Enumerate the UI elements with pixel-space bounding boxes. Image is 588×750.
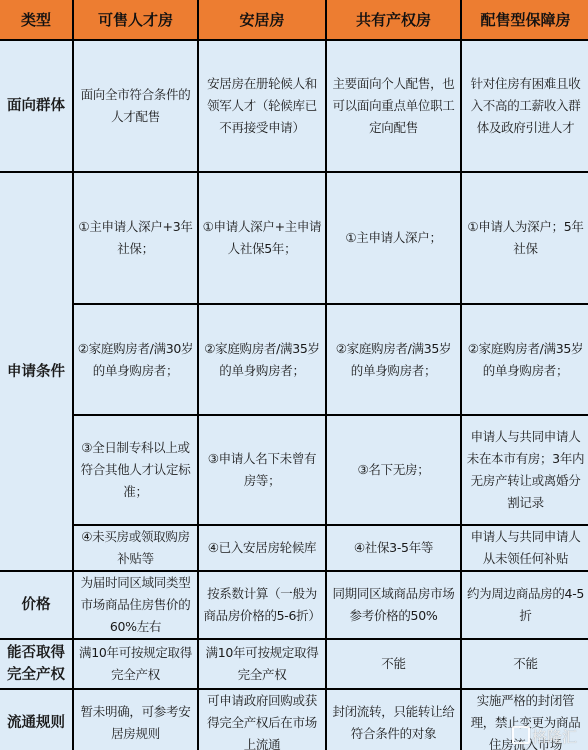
header-allocated-affordable-housing: 配售型保障房	[461, 0, 588, 40]
cell-target-group-shared: 主要面向个人配售，也可以面向重点单位职工定向配售	[326, 40, 461, 172]
cell-price-allocated: 约为周边商品房的4-5折	[461, 571, 588, 639]
cell-condition-2-talent: ②家庭购房者/满30岁的单身购房者；	[73, 304, 198, 415]
cell-condition-4-talent: ④未买房或领取购房补贴等	[73, 525, 198, 571]
row-conditions-3: ③全日制专科以上或符合其他人才认定标准； ③申请人名下未曾有房等； ③名下无房；…	[0, 415, 588, 525]
row-label-full-ownership: 能否取得完全产权	[0, 639, 73, 689]
cell-condition-3-settled: ③申请人名下未曾有房等；	[198, 415, 326, 525]
row-conditions-4: ④未买房或领取购房补贴等 ④已入安居房轮候库 ④社保3-5年等 申请人与共同申请…	[0, 525, 588, 571]
row-price: 价格 为届时同区域同类型市场商品住房售价的60%左右 按系数计算（一般为商品房价…	[0, 571, 588, 639]
cell-target-group-settled: 安居房在册轮候人和领军人才（轮候库已不再接受申请）	[198, 40, 326, 172]
cell-ownership-allocated: 不能	[461, 639, 588, 689]
row-label-circulation: 流通规则	[0, 689, 73, 750]
cell-price-talent: 为届时同区域同类型市场商品住房售价的60%左右	[73, 571, 198, 639]
cell-condition-2-shared: ②家庭购房者/满35岁的单身购房者；	[326, 304, 461, 415]
row-conditions-1: 申请条件 ①主申请人深户+3年社保； ①申请人深户+主申请人社保5年； ①主申请…	[0, 172, 588, 304]
cell-condition-1-talent: ①主申请人深户+3年社保；	[73, 172, 198, 304]
cell-price-settled: 按系数计算（一般为商品房价格的5-6折）	[198, 571, 326, 639]
housing-comparison-table: 类型 可售人才房 安居房 共有产权房 配售型保障房 面向群体 面向全市符合条件的…	[0, 0, 588, 750]
row-label-target-group: 面向群体	[0, 40, 73, 172]
row-label-price: 价格	[0, 571, 73, 639]
cell-target-group-allocated: 针对住房有困难且收入不高的工薪收入群体及政府引进人才	[461, 40, 588, 172]
row-label-conditions: 申请条件	[0, 172, 73, 571]
header-row: 类型 可售人才房 安居房 共有产权房 配售型保障房	[0, 0, 588, 40]
cell-condition-4-allocated: 申请人与共同申请人从未领任何补贴	[461, 525, 588, 571]
cell-condition-1-allocated: ①申请人为深户；5年社保	[461, 172, 588, 304]
cell-circulation-talent: 暂未明确，可参考安居房规则	[73, 689, 198, 750]
cell-condition-1-shared: ①主申请人深户；	[326, 172, 461, 304]
header-settled-housing: 安居房	[198, 0, 326, 40]
cell-condition-3-allocated: 申请人与共同申请人未在本市有房；3年内无房产转让或离婚分割记录	[461, 415, 588, 525]
cell-condition-4-shared: ④社保3-5年等	[326, 525, 461, 571]
cell-condition-3-talent: ③全日制专科以上或符合其他人才认定标准；	[73, 415, 198, 525]
cell-circulation-shared: 封闭流转，只能转让给符合条件的对象	[326, 689, 461, 750]
row-circulation: 流通规则 暂未明确，可参考安居房规则 可申请政府回购或获得完全产权后在市场上流通…	[0, 689, 588, 750]
header-type: 类型	[0, 0, 73, 40]
cell-condition-4-settled: ④已入安居房轮候库	[198, 525, 326, 571]
row-target-group: 面向群体 面向全市符合条件的人才配售 安居房在册轮候人和领军人才（轮候库已不再接…	[0, 40, 588, 172]
row-conditions-2: ②家庭购房者/满30岁的单身购房者； ②家庭购房者/满35岁的单身购房者； ②家…	[0, 304, 588, 415]
header-shared-ownership-housing: 共有产权房	[326, 0, 461, 40]
cell-condition-2-settled: ②家庭购房者/满35岁的单身购房者；	[198, 304, 326, 415]
cell-condition-2-allocated: ②家庭购房者/满35岁的单身购房者；	[461, 304, 588, 415]
header-talent-housing: 可售人才房	[73, 0, 198, 40]
cell-target-group-talent: 面向全市符合条件的人才配售	[73, 40, 198, 172]
cell-condition-1-settled: ①申请人深户+主申请人社保5年；	[198, 172, 326, 304]
cell-price-shared: 同期同区域商品房市场参考价格的50%	[326, 571, 461, 639]
cell-ownership-settled: 满10年可按规定取得完全产权	[198, 639, 326, 689]
cell-condition-3-shared: ③名下无房；	[326, 415, 461, 525]
cell-ownership-talent: 满10年可按规定取得完全产权	[73, 639, 198, 689]
cell-ownership-shared: 不能	[326, 639, 461, 689]
cell-circulation-allocated: 实施严格的封闭管理，禁止变更为商品住房流入市场	[461, 689, 588, 750]
cell-circulation-settled: 可申请政府回购或获得完全产权后在市场上流通	[198, 689, 326, 750]
row-full-ownership: 能否取得完全产权 满10年可按规定取得完全产权 满10年可按规定取得完全产权 不…	[0, 639, 588, 689]
